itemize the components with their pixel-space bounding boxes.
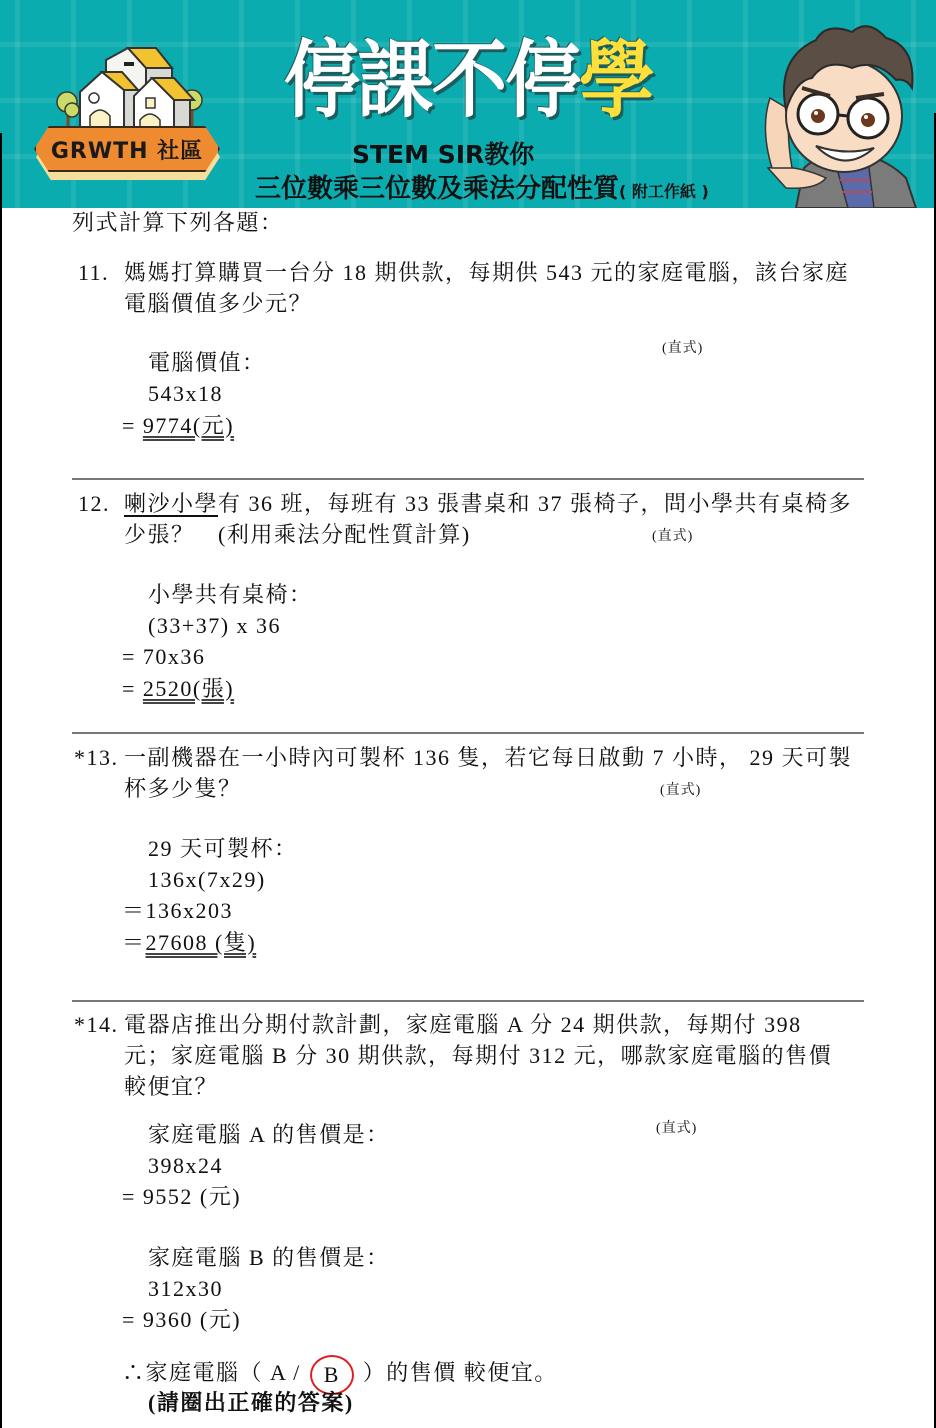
part-a-result: = 9552 (元) [122, 1182, 241, 1212]
answer-line: = 2520(張) [122, 674, 234, 704]
part-a-step: 398x24 [148, 1151, 223, 1181]
vertical-form-label: (直式) [656, 1119, 697, 1139]
houses-icon [34, 44, 220, 134]
question-text-line: 電腦價值多少元？ [124, 289, 312, 319]
work-label: 小學共有桌椅： [148, 580, 313, 610]
grwth-logo: GRWTH 社區 [34, 44, 220, 184]
divider [72, 478, 864, 480]
vertical-form-label: (直式) [652, 527, 693, 547]
question-text-line: 電器店推出分期付款計劃，家庭電腦 A 分 24 期供款，每期付 398 [124, 1010, 802, 1040]
question-number: *13. [74, 743, 119, 773]
banner-subtitle-teacher: STEM SIR教你 [352, 140, 592, 170]
part-b-result: = 9360 (元) [122, 1305, 241, 1335]
banner-topic-note: ( 附工作紙 ) [619, 182, 709, 201]
part-b-label: 家庭電腦 B 的售價是： [148, 1243, 390, 1273]
instructions-heading: 列式計算下列各題： [72, 208, 284, 238]
work-step: (33+37) x 36 [148, 611, 281, 641]
work-label: 電腦價值： [148, 348, 266, 378]
question-text-line: 杯多少隻？ [124, 774, 242, 804]
teacher-mascot-icon [756, 18, 936, 208]
answer-prefix: ＝ [122, 930, 146, 955]
work-label: 29 天可製杯： [148, 834, 298, 864]
circle-instruction: (請圈出正確的答案) [148, 1388, 354, 1418]
answer-line: = 9774(元) [122, 411, 234, 441]
question-text-line: 少張？ (利用乘法分配性質計算) [124, 520, 471, 550]
banner-topic-text: 三位數乘三位數及乘法分配性質 [255, 174, 619, 204]
banner-subtitle-topic: 三位數乘三位數及乘法分配性質( 附工作紙 ) [255, 172, 795, 208]
answer-value: 27608 (隻) [146, 930, 257, 955]
conclusion-suffix: ）的售價 較便宜。 [363, 1360, 558, 1385]
question-number: 12. [78, 489, 110, 519]
banner-title: 停課不停學 [284, 30, 653, 130]
conclusion-prefix: ∴家庭電腦（ A / [122, 1360, 301, 1385]
banner-title-main: 停課不停 [284, 31, 579, 129]
page-border-left [0, 133, 2, 1428]
vertical-form-label: (直式) [662, 339, 703, 359]
answer-prefix: = [122, 676, 143, 701]
work-step: 136x(7x29) [148, 865, 266, 895]
banner-title-accent: 學 [579, 31, 653, 129]
question-number: *14. [74, 1010, 119, 1040]
answer-value: 9774(元) [143, 413, 234, 438]
part-b-step: 312x30 [148, 1274, 223, 1304]
question-text-line: 較便宜？ [124, 1072, 218, 1102]
school-name: 喇沙小學 [124, 491, 218, 516]
work-step: = 70x36 [122, 642, 205, 672]
question-text-line: 喇沙小學有 36 班，每班有 33 張書桌和 37 張椅子，問小學共有桌椅多 [124, 489, 852, 519]
divider [72, 1000, 864, 1002]
question-text-line: 媽媽打算購買一台分 18 期供款，每期供 543 元的家庭電腦，該台家庭 [124, 258, 849, 288]
vertical-form-label: (直式) [660, 781, 701, 801]
work-step: ＝136x203 [122, 896, 233, 926]
work-step: 543x18 [148, 379, 223, 409]
question-text-line: 一副機器在一小時內可製杯 136 隻，若它每日啟動 7 小時， 29 天可製 [124, 743, 852, 773]
question-text: 有 36 班，每班有 33 張書桌和 37 張椅子，問小學共有桌椅多 [218, 491, 852, 516]
header-banner: GRWTH 社區 停課不停學 STEM SIR教你 三位數乘三位數及乘法分配性質… [0, 0, 936, 208]
divider [72, 732, 864, 734]
answer-prefix: = [122, 413, 143, 438]
answer-line: ＝27608 (隻) [122, 928, 256, 958]
answer-value: 2520(張) [143, 676, 234, 701]
logo-text: GRWTH 社區 [51, 134, 203, 165]
question-text-line: 元；家庭電腦 B 分 30 期供款，每期付 312 元，哪款家庭電腦的售價 [124, 1041, 832, 1071]
part-a-label: 家庭電腦 A 的售價是： [148, 1120, 390, 1150]
question-number: 11. [78, 258, 109, 288]
logo-plate: GRWTH 社區 [34, 126, 220, 172]
